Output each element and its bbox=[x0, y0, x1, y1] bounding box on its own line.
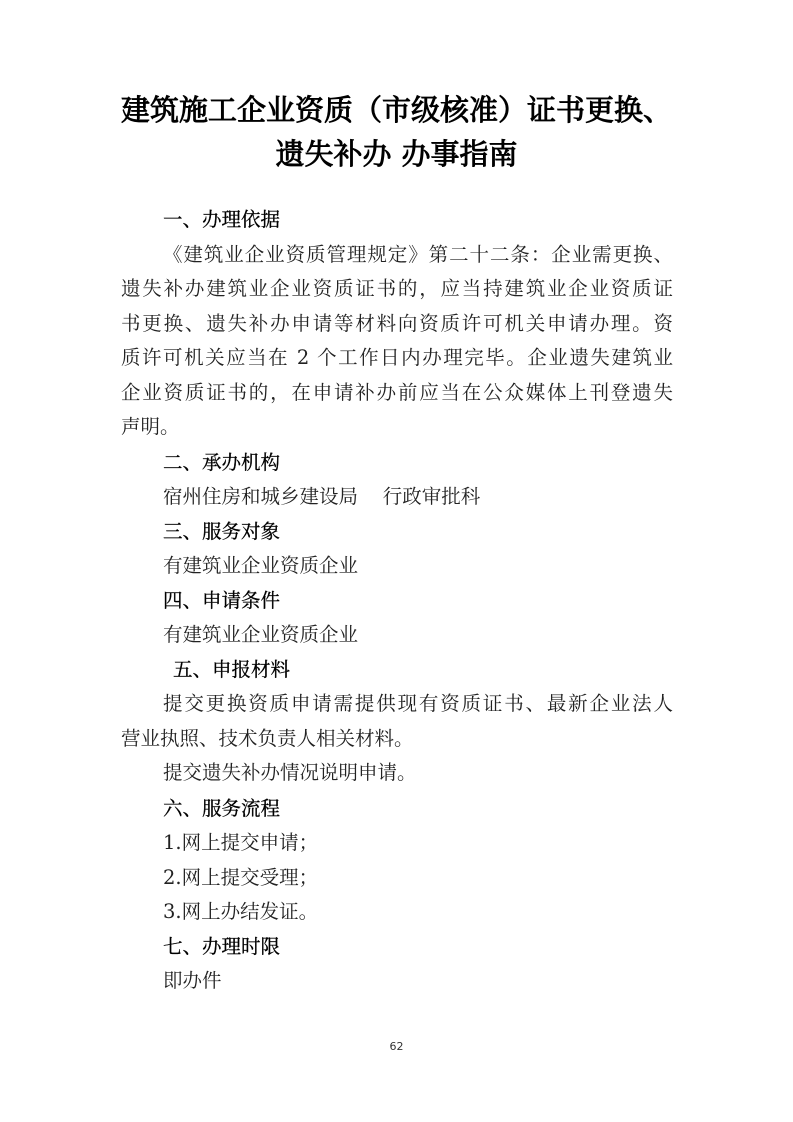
section-heading-process: 六、服务流程 bbox=[163, 792, 280, 826]
section-heading-service-target: 三、服务对象 bbox=[163, 515, 280, 549]
paragraph-line: 企业资质证书的，在申请补办前应当在公众媒体上刊登遗失 bbox=[121, 376, 673, 410]
page-number: 62 bbox=[0, 1040, 793, 1053]
paragraph-line: 提交遗失补办情况说明申请。 bbox=[163, 756, 673, 790]
document-title-line-2: 遗失补办 办事指南 bbox=[0, 132, 793, 176]
paragraph-line: 声明。 bbox=[121, 410, 681, 444]
conditions-text: 有建筑业企业资质企业 bbox=[163, 618, 673, 652]
section-heading-conditions: 四、申请条件 bbox=[163, 584, 280, 618]
document-title-line-1: 建筑施工企业资质（市级核准）证书更换、 bbox=[0, 88, 793, 132]
process-step: 1.网上提交申请； bbox=[163, 826, 673, 860]
section-heading-basis: 一、办理依据 bbox=[163, 203, 280, 237]
paragraph-line: 营业执照、技术负责人相关材料。 bbox=[121, 722, 681, 756]
section-heading-agency: 二、承办机构 bbox=[163, 446, 280, 480]
section-heading-time-limit: 七、办理时限 bbox=[163, 930, 280, 964]
service-target-text: 有建筑业企业资质企业 bbox=[163, 549, 673, 583]
paragraph-line: 《建筑业企业资质管理规定》第二十二条：企业需更换、 bbox=[163, 238, 673, 272]
process-step: 3.网上办结发证。 bbox=[163, 895, 673, 929]
paragraph-line: 提交更换资质申请需提供现有资质证书、最新企业法人 bbox=[163, 687, 673, 721]
section-heading-materials: 五、申报材料 bbox=[173, 653, 290, 687]
paragraph-line: 书更换、遗失补办申请等材料向资质许可机关申请办理。资 bbox=[121, 307, 673, 341]
document-page: 建筑施工企业资质（市级核准）证书更换、 遗失补办 办事指南 一、办理依据 《建筑… bbox=[0, 0, 793, 1122]
paragraph-line: 遗失补办建筑业企业资质证书的，应当持建筑业企业资质证 bbox=[121, 272, 673, 306]
time-limit-text: 即办件 bbox=[163, 964, 673, 998]
process-step: 2.网上提交受理； bbox=[163, 861, 673, 895]
agency-name: 宿州住房和城乡建设局 行政审批科 bbox=[163, 480, 673, 514]
paragraph-line: 质许可机关应当在 2 个工作日内办理完毕。企业遗失建筑业 bbox=[121, 341, 673, 375]
